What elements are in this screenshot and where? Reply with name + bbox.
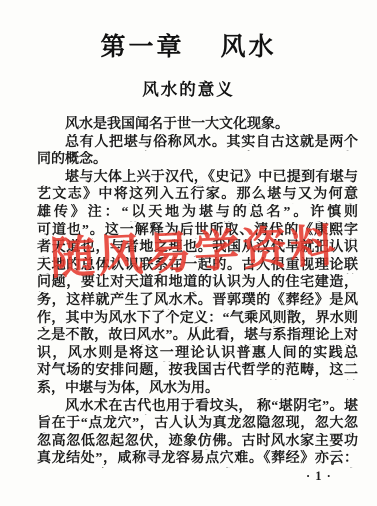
text-line: 天地的总体认识联系在一起的。古人很重视理论联系实际的 — [37, 257, 358, 275]
text-line: 旨在于“点龙穴”，古人认为真龙忽隐忽现，忽大忽小，山脉也 — [37, 415, 358, 433]
body-text: 风水是我国闻名于世一大文化现象。总有人把堪与俗称风水。其实自古这就是两个不完全相… — [37, 116, 358, 468]
text-line: 风水术在古代也用于看坟头， 称“堪阴宅”。堪阴宅的主 — [37, 398, 358, 416]
text-line: 风水是我国闻名于世一大文化现象。 — [37, 116, 358, 134]
page-number: · 1 · — [306, 469, 332, 484]
section-title: 风水的意义 — [0, 76, 377, 100]
text-line: 对气场的安排问题，按我国古代哲学的范畴，这二者是因体关 — [37, 362, 358, 380]
text-line: 堪与大体上兴于汉代，《史记》中已提到有堪与家，《汉书 — [37, 169, 358, 187]
text-line: 忽高忽低忽起忽伏，迹象仿佛。古时风水家主要功夫用到“寻 — [37, 433, 358, 451]
text-line: 务，这样就产生了风水术。晋郭璞的《葬经》是风水术的经典著 — [37, 292, 358, 310]
text-line: 总有人把堪与俗称风水。其实自古这就是两个不完全相 — [37, 134, 358, 152]
text-line: 可道也”。这一解释为后世所取、清代的《康熙字典》上说：“堪 — [37, 222, 358, 240]
chapter-title: 第一章风水 — [0, 27, 377, 63]
chapter-number: 第一章 — [100, 33, 184, 61]
text-line: 识，风水则是将这一理论认识普惠人间的实践总结，其核心是 — [37, 345, 358, 363]
ink-speck — [331, 461, 334, 465]
text-line: 同的概念。 — [37, 151, 358, 169]
book-page: 第一章风水 风水的意义 风水是我国闻名于世一大文化现象。总有人把堪与俗称风水。其… — [0, 0, 377, 506]
text-line: 雄传》注：“以天地为堪与的总名”。许慎则曰：“堪，天道也，舆， — [37, 204, 358, 222]
text-line: 作，其中为风水下了个定义：“气乘风则散，界水则止。古人聚 — [37, 310, 358, 328]
text-line: 之是不散，故曰风水”。从此看，堪与系指理论上对天地的认 — [37, 327, 358, 345]
text-line: 真龙结处”，咸称寻龙容易点穴难。《葬经》亦云：三年寻龙，十 — [37, 450, 358, 468]
text-line: 问题，要让对天道和地道的认识为人的住宅建造，饮食起居服 — [37, 274, 358, 292]
text-line: 艺文志》中将这列入五行家。那么堪与又为何意呢？ 据《汉书 — [37, 186, 358, 204]
text-line: 者天道也，与者地之理也。我国从汉代早就把认识它与对 — [37, 239, 358, 257]
text-line: 系，中堪与为体，风水为用。 — [37, 380, 358, 398]
chapter-name: 风水 — [221, 33, 277, 61]
